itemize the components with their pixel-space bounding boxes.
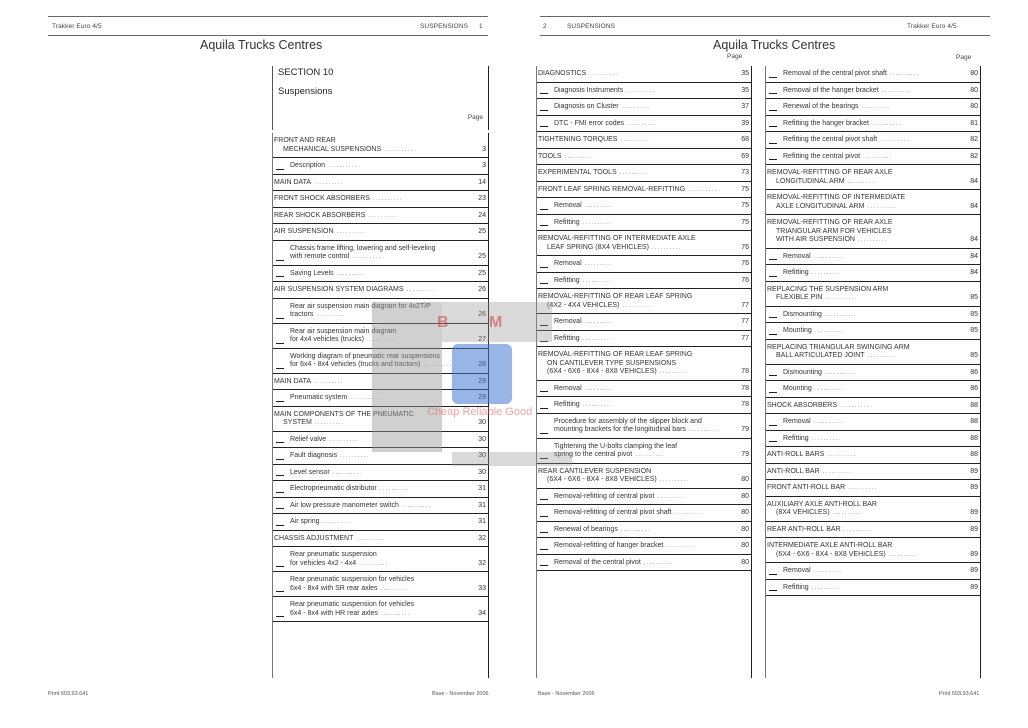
toc-entry-page: 80 — [741, 559, 749, 568]
dash-bullet-icon — [769, 392, 777, 393]
right-page: 2 SUSPENSIONS Trakker Euro 4/5 Aquila Tr… — [514, 0, 1028, 728]
toc-entry-page: 80 — [970, 103, 978, 112]
toc-entry-page: 79 — [741, 426, 749, 435]
toc-entry-page: 23 — [478, 195, 486, 204]
toc-entry-page: 14 — [478, 179, 486, 188]
toc-entry-title: REMOVAL-REFITTING OF INTERMEDIATEAXLE LO… — [767, 194, 980, 211]
toc-entry-title: Refitting the hanger bracket .......... — [783, 120, 980, 129]
toc-entry[interactable]: INTERMEDIATE AXLE ANTI-ROLL BAR(6X4 - 6X… — [766, 538, 980, 563]
toc-entry-page: 82 — [970, 153, 978, 162]
dash-bullet-icon — [540, 565, 548, 566]
dash-bullet-icon — [276, 616, 284, 617]
toc-entry-page: 84 — [970, 203, 978, 212]
toc-entry[interactable]: Fault diagnosis ..........30 — [273, 448, 488, 465]
toc-entry[interactable]: Removal of the central pivot ..........8… — [537, 555, 751, 572]
toc-entry-title: Mounting .......... — [783, 327, 980, 336]
dash-bullet-icon — [769, 259, 777, 260]
toc-entry-page: 73 — [741, 169, 749, 178]
toc-entry[interactable]: REMOVAL-REFITTING OF INTERMEDIATEAXLE LO… — [766, 190, 980, 215]
toc-entry-page: 35 — [741, 70, 749, 79]
dash-bullet-icon — [540, 458, 548, 459]
toc-entry[interactable]: Removal ..........78 — [537, 381, 751, 398]
section-name: Suspensions — [278, 86, 332, 97]
toc-entry-page: 88 — [970, 418, 978, 427]
toc-entry-page: 80 — [741, 526, 749, 535]
toc-entry-page: 78 — [741, 368, 749, 377]
toc-entry-title: Rear air suspension main diagramfor 4x4 … — [290, 328, 488, 345]
toc-entry[interactable]: Refitting the central pivot ..........82 — [766, 149, 980, 166]
toc-entry-page: 75 — [741, 202, 749, 211]
toc-entry[interactable]: REMOVAL-REFITTING OF REAR AXLETRIANGULAR… — [766, 215, 980, 249]
toc-entry-title: REMOVAL-REFITTING OF REAR LEAF SPRINGON … — [538, 351, 751, 377]
toc-entry-page: 30 — [478, 436, 486, 445]
toc-entry[interactable]: Removal ..........88 — [766, 414, 980, 431]
toc-entry[interactable]: Removal of the central pivot shaft .....… — [766, 66, 980, 83]
toc-entry[interactable]: FRONT AND REARMECHANICAL SUSPENSIONS ...… — [273, 133, 488, 158]
dash-bullet-icon — [769, 93, 777, 94]
toc-entry[interactable]: Pneumatic system ..........29 — [273, 390, 488, 407]
toc-entry[interactable]: AIR SUSPENSION SYSTEM DIAGRAMS .........… — [273, 282, 488, 299]
toc-entry[interactable]: Working diagram of pneumatic rear suspen… — [273, 349, 488, 374]
toc-entry-title: Removal-refitting of hanger bracket ....… — [554, 542, 751, 551]
dash-bullet-icon — [276, 475, 284, 476]
toc-entry-title: Renewal of bearings .......... — [554, 526, 751, 535]
toc-entry-title: CHASSIS ADJUSTMENT .......... — [274, 535, 488, 544]
toc-entry-title: REPLACING THE SUSPENSION ARMFLEXIBLE PIN… — [767, 286, 980, 303]
dash-bullet-icon — [540, 516, 548, 517]
toc-entry-title: Pneumatic system .......... — [290, 394, 488, 403]
toc-entry[interactable]: Description ..........3 — [273, 158, 488, 175]
toc-entry-title: Refitting .......... — [554, 335, 751, 344]
dash-bullet-icon — [276, 566, 284, 567]
toc-entry[interactable]: ANTI-ROLL BAR ..........89 — [766, 464, 980, 481]
toc-entry-page: 24 — [478, 212, 486, 221]
toc-entry-page: 78 — [741, 401, 749, 410]
toc-entry-page: 77 — [741, 335, 749, 344]
toc-column: DIAGNOSTICS ..........35Diagnosis Instru… — [536, 66, 752, 678]
toc-entry-title: SHOCK ABSORBERS .......... — [767, 402, 980, 411]
toc-entry[interactable]: REPLACING TRIANGULAR SWINGING ARMBALL AR… — [766, 340, 980, 365]
dash-bullet-icon — [276, 492, 284, 493]
toc-entry[interactable]: Rear pneumatic suspension for vehicles6x… — [273, 597, 488, 622]
toc-entry-page: 89 — [970, 526, 978, 535]
toc-entry-page: 69 — [741, 153, 749, 162]
toc-entry-title: Rear pneumatic suspensionfor vehicles 4x… — [290, 551, 488, 568]
toc-entry-page: 89 — [970, 484, 978, 493]
header-doc-title: Trakker Euro 4/5 — [52, 23, 102, 30]
dash-bullet-icon — [540, 549, 548, 550]
toc-entry[interactable]: Refitting ..........75 — [537, 215, 751, 232]
toc-entry-title: Saving Levels .......... — [290, 270, 488, 279]
toc-entry-title: Refitting .......... — [554, 277, 751, 286]
toc-entry[interactable]: REAR SHOCK ABSORBERS ..........24 — [273, 208, 488, 225]
toc-entry-title: DIAGNOSTICS .......... — [538, 70, 751, 79]
toc-entry-title: FRONT ANTI-ROLL BAR .......... — [767, 484, 980, 493]
toc-entry-title: Refitting .......... — [554, 219, 751, 228]
footer-edition: Base - November 2006 — [538, 691, 595, 697]
dash-bullet-icon — [540, 93, 548, 94]
toc-entry-title: Removal .......... — [554, 385, 751, 394]
toc-entry-page: 80 — [970, 70, 978, 79]
dash-bullet-icon — [769, 126, 777, 127]
toc-entry-page: 85 — [970, 294, 978, 303]
toc-entry[interactable]: MAIN COMPONENTS OF THE PNEUMATICSYSTEM .… — [273, 407, 488, 432]
toc-entry-title: Air low pressure manometer switch ......… — [290, 502, 488, 511]
toc-entry-page: 29 — [478, 394, 486, 403]
dash-bullet-icon — [540, 391, 548, 392]
section-heading-box: SECTION 10 Suspensions Page — [272, 66, 489, 130]
dash-bullet-icon — [769, 590, 777, 591]
toc-entry-page: 31 — [478, 518, 486, 527]
toc-entry-page: 32 — [478, 560, 486, 569]
toc-entry-page: 68 — [741, 136, 749, 145]
dash-bullet-icon — [276, 368, 284, 369]
toc-entry[interactable]: FRONT LEAF SPRING REMOVAL-REFITTING ....… — [537, 182, 751, 199]
toc-entry-page: 26 — [478, 286, 486, 295]
toc-entry[interactable]: Removal-refitting of central pivot .....… — [537, 489, 751, 506]
toc-entry-title: Renewal of the bearings .......... — [783, 103, 980, 112]
toc-entry[interactable]: REMOVAL-REFITTING OF REAR LEAF SPRING(4X… — [537, 289, 751, 314]
page-column-label: Page — [956, 54, 971, 61]
toc-entry-page: 85 — [970, 327, 978, 336]
toc-entry[interactable]: MAIN DATA ..........29 — [273, 374, 488, 391]
toc-entry-title: REMOVAL-REFITTING OF INTERMEDIATE AXLELE… — [538, 235, 751, 252]
toc-entry[interactable]: Renewal of bearings ..........80 — [537, 522, 751, 539]
dash-bullet-icon — [540, 267, 548, 268]
header-rule — [540, 16, 990, 17]
toc-entry-title: Removal-refitting of central pivot shaft… — [554, 509, 751, 518]
dash-bullet-icon — [540, 225, 548, 226]
toc-entry[interactable]: Rear air suspension main diagram for 4x2… — [273, 299, 488, 324]
dash-bullet-icon — [540, 499, 548, 500]
toc-entry-title: EXPERIMENTAL TOOLS .......... — [538, 169, 751, 178]
dash-bullet-icon — [769, 375, 777, 376]
toc-entry-title: ANTI-ROLL BAR .......... — [767, 468, 980, 477]
toc-entry[interactable]: FRONT SHOCK ABSORBERS ..........23 — [273, 191, 488, 208]
toc-entry-page: 76 — [741, 260, 749, 269]
toc-entry[interactable]: REAR CANTILEVER SUSPENSION(6X4 - 6X6 - 8… — [537, 464, 751, 489]
toc-entry[interactable]: Procedure for assembly of the slipper bl… — [537, 414, 751, 439]
toc-entry[interactable]: Diagnosis Instruments ..........35 — [537, 83, 751, 100]
toc-entry-title: Removal .......... — [554, 318, 751, 327]
dash-bullet-icon — [769, 574, 777, 575]
toc-entry-title: TOOLS .......... — [538, 153, 751, 162]
toc-entry-page: 86 — [970, 385, 978, 394]
toc-entry-page: 35 — [741, 87, 749, 96]
toc-entry-page: 37 — [741, 103, 749, 112]
toc-entry[interactable]: Removal of the hanger bracket ..........… — [766, 83, 980, 100]
dash-bullet-icon — [540, 283, 548, 284]
toc-entry[interactable]: Saving Levels ..........25 — [273, 266, 488, 283]
toc-entry-title: Removal of the hanger bracket .......... — [783, 87, 980, 96]
toc-entry-page: 80 — [970, 87, 978, 96]
toc-entry-page: 76 — [741, 244, 749, 253]
toc-entry[interactable]: Removal ..........75 — [537, 198, 751, 215]
toc-entry[interactable]: Refitting ..........84 — [766, 265, 980, 282]
toc-entry-title: FRONT AND REARMECHANICAL SUSPENSIONS ...… — [274, 137, 488, 154]
toc-entry[interactable]: REMOVAL-REFITTING OF REAR LEAF SPRINGON … — [537, 347, 751, 381]
toc-entry-title: INTERMEDIATE AXLE ANTI-ROLL BAR(6X4 - 6X… — [767, 542, 980, 559]
toc-entry-title: DTC - FMI error codes .......... — [554, 120, 751, 129]
toc-entry[interactable]: Refitting the central pivot shaft ......… — [766, 132, 980, 149]
toc-entry[interactable]: Removal ..........77 — [537, 314, 751, 331]
toc-entry-page: 30 — [478, 469, 486, 478]
toc-entry-page: 88 — [970, 435, 978, 444]
toc-entry-title: Level sensor .......... — [290, 469, 488, 478]
toc-entry-page: 3 — [482, 146, 486, 155]
toc-entry[interactable]: Removal-refitting of central pivot shaft… — [537, 505, 751, 522]
dash-bullet-icon — [540, 126, 548, 127]
toc-entry[interactable]: Refitting ..........77 — [537, 331, 751, 348]
toc-entry-page: 34 — [478, 610, 486, 619]
toc-entry[interactable]: Rear air suspension main diagramfor 4x4 … — [273, 324, 488, 349]
toc-entry[interactable]: Electropneumatic distributor ..........3… — [273, 481, 488, 498]
dash-bullet-icon — [769, 143, 777, 144]
toc-entry-title: Dismounting .......... — [783, 369, 980, 378]
toc-entry-page: 85 — [970, 352, 978, 361]
toc-entry-page: 81 — [970, 120, 978, 129]
toc-entry[interactable]: Refitting ..........88 — [766, 431, 980, 448]
toc-entry-title: Removal-refitting of central pivot .....… — [554, 493, 751, 502]
toc-entry-title: REMOVAL-REFITTING OF REAR AXLETRIANGULAR… — [767, 219, 980, 245]
toc-entry-page: 75 — [741, 219, 749, 228]
toc-entry[interactable]: Renewal of the bearings ..........80 — [766, 99, 980, 116]
dash-bullet-icon — [276, 343, 284, 344]
toc-entry-page: 89 — [970, 468, 978, 477]
toc-entry[interactable]: TIGHTENING TORQUES ..........68 — [537, 132, 751, 149]
dash-bullet-icon — [276, 260, 284, 261]
dash-bullet-icon — [276, 508, 284, 509]
dash-bullet-icon — [276, 318, 284, 319]
toc-entry-title: Removal .......... — [783, 253, 980, 262]
toc-entry[interactable]: Removal-refitting of hanger bracket ....… — [537, 538, 751, 555]
toc-entry[interactable]: CHASSIS ADJUSTMENT ..........32 — [273, 531, 488, 548]
toc-entry-title: Air spring .......... — [290, 518, 488, 527]
toc-entry[interactable]: Refitting the hanger bracket ..........8… — [766, 116, 980, 133]
toc-entry-page: 84 — [970, 178, 978, 187]
toc-entry-title: Diagnosis on Cluster .......... — [554, 103, 751, 112]
toc-entry-title: Refitting the central pivot shaft ......… — [783, 136, 980, 145]
toc-entry-title: REAR CANTILEVER SUSPENSION(6X4 - 6X6 - 8… — [538, 468, 751, 485]
toc-entry[interactable]: Removal ..........84 — [766, 249, 980, 266]
brand-title: Aquila Trucks Centres — [200, 38, 322, 52]
header-page-number: 1 — [479, 23, 483, 30]
header-rule — [48, 16, 488, 17]
toc-entry-page: 75 — [741, 186, 749, 195]
toc-entry-title: Fault diagnosis .......... — [290, 452, 488, 461]
header-section: SUSPENSIONS — [567, 23, 615, 30]
toc-entry[interactable]: Chassis frame lifting, lowering and self… — [273, 241, 488, 266]
toc-entry-page: 77 — [741, 318, 749, 327]
toc-entry-title: Chassis frame lifting, lowering and self… — [290, 245, 488, 262]
dash-bullet-icon — [769, 159, 777, 160]
toc-entry-title: Working diagram of pneumatic rear suspen… — [290, 353, 488, 370]
toc-entry-page: 84 — [970, 236, 978, 245]
toc-entry-page: 88 — [970, 402, 978, 411]
header-section: SUSPENSIONS — [420, 23, 468, 30]
toc-entry-title: AIR SUSPENSION .......... — [274, 228, 488, 237]
toc-entry[interactable]: ANTI-ROLL BARS ..........88 — [766, 447, 980, 464]
toc-entry-page: 80 — [741, 509, 749, 518]
toc-entry-page: 89 — [970, 509, 978, 518]
dash-bullet-icon — [276, 459, 284, 460]
toc-entry-title: Removal .......... — [554, 202, 751, 211]
toc-entry-page: 28 — [478, 361, 486, 370]
toc-entry[interactable]: DTC - FMI error codes ..........39 — [537, 116, 751, 133]
toc-column: FRONT AND REARMECHANICAL SUSPENSIONS ...… — [272, 133, 489, 678]
toc-entry-page: 31 — [478, 502, 486, 511]
toc-entry-title: TIGHTENING TORQUES .......... — [538, 136, 751, 145]
toc-entry[interactable]: Rear pneumatic suspension for vehicles6x… — [273, 572, 488, 597]
left-page: Trakker Euro 4/5 SUSPENSIONS 1 Aquila Tr… — [0, 0, 514, 728]
toc-entry-page: 29 — [478, 378, 486, 387]
toc-entry[interactable]: Air low pressure manometer switch ......… — [273, 498, 488, 515]
toc-entry-page: 30 — [478, 452, 486, 461]
brand-title: Aquila Trucks Centres — [713, 38, 835, 52]
toc-entry[interactable]: Refitting ..........89 — [766, 580, 980, 597]
toc-entry-title: Description .......... — [290, 162, 488, 171]
toc-entry-page: 79 — [741, 451, 749, 460]
toc-entry[interactable]: Dismounting ..........85 — [766, 307, 980, 324]
toc-entry-title: REPLACING TRIANGULAR SWINGING ARMBALL AR… — [767, 344, 980, 361]
toc-entry-page: 89 — [970, 567, 978, 576]
dash-bullet-icon — [276, 591, 284, 592]
dash-bullet-icon — [769, 425, 777, 426]
header-rule — [48, 35, 488, 36]
toc-entry-page: 84 — [970, 269, 978, 278]
toc-entry-page: 32 — [478, 535, 486, 544]
dash-bullet-icon — [540, 209, 548, 210]
toc-entry-page: 80 — [741, 493, 749, 502]
toc-entry-page: 80 — [741, 476, 749, 485]
toc-entry-title: Relief valve .......... — [290, 436, 488, 445]
toc-entry-title: Diagnosis Instruments .......... — [554, 87, 751, 96]
toc-entry[interactable]: Diagnosis on Cluster ..........37 — [537, 99, 751, 116]
toc-entry-page: 88 — [970, 451, 978, 460]
dash-bullet-icon — [276, 525, 284, 526]
dash-bullet-icon — [769, 317, 777, 318]
toc-entry[interactable]: Removal ..........89 — [766, 563, 980, 580]
footer-edition: Base - November 2006 — [432, 691, 489, 697]
toc-entry-page: 25 — [478, 228, 486, 237]
toc-entry-title: Rear pneumatic suspension for vehicles6x… — [290, 601, 488, 618]
toc-entry-title: MAIN DATA .......... — [274, 179, 488, 188]
toc-entry-page: 76 — [741, 277, 749, 286]
toc-entry-title: Refitting .......... — [783, 584, 980, 593]
toc-entry[interactable]: REMOVAL-REFITTING OF INTERMEDIATE AXLELE… — [537, 231, 751, 256]
toc-entry-page: 27 — [478, 336, 486, 345]
toc-entry-page: 89 — [970, 584, 978, 593]
toc-entry[interactable]: Refitting ..........76 — [537, 273, 751, 290]
dash-bullet-icon — [769, 334, 777, 335]
toc-entry-title: Dismounting .......... — [783, 311, 980, 320]
toc-entry[interactable]: MAIN DATA ..........14 — [273, 175, 488, 192]
dash-bullet-icon — [540, 433, 548, 434]
dash-bullet-icon — [276, 401, 284, 402]
toc-entry[interactable]: DIAGNOSTICS ..........35 — [537, 66, 751, 83]
dash-bullet-icon — [769, 77, 777, 78]
toc-entry-page: 82 — [970, 136, 978, 145]
header-doc-title: Trakker Euro 4/5 — [907, 23, 957, 30]
dash-bullet-icon — [540, 408, 548, 409]
toc-entry-title: REAR ANTI-ROLL BAR .......... — [767, 526, 980, 535]
toc-entry-title: MAIN DATA .......... — [274, 378, 488, 387]
toc-entry-page: 25 — [478, 270, 486, 279]
page-column-label: Page — [468, 114, 483, 121]
toc-entry-title: Refitting the central pivot .......... — [783, 153, 980, 162]
dash-bullet-icon — [276, 169, 284, 170]
toc-entry-page: 89 — [970, 551, 978, 560]
toc-entry-page: 33 — [478, 585, 486, 594]
toc-entry-title: REMOVAL-REFITTING OF REAR LEAF SPRING(4X… — [538, 293, 751, 310]
toc-entry-page: 31 — [478, 485, 486, 494]
toc-entry-title: ANTI-ROLL BARS .......... — [767, 451, 980, 460]
toc-entry-title: Removal .......... — [783, 567, 980, 576]
toc-entry-title: Mounting .......... — [783, 385, 980, 394]
dash-bullet-icon — [540, 325, 548, 326]
toc-entry-title: Removal .......... — [554, 260, 751, 269]
toc-entry-title: REMOVAL-REFITTING OF REAR AXLELONGITUDIN… — [767, 169, 980, 186]
toc-entry[interactable]: Level sensor ..........30 — [273, 465, 488, 482]
toc-entry-page: 85 — [970, 311, 978, 320]
toc-entry[interactable]: Refitting ..........78 — [537, 397, 751, 414]
toc-entry[interactable]: EXPERIMENTAL TOOLS ..........73 — [537, 165, 751, 182]
dash-bullet-icon — [769, 276, 777, 277]
toc-entry-title: Tightening the U-bolts clamping the leaf… — [554, 443, 751, 460]
header-page-number: 2 — [543, 23, 547, 30]
toc-entry[interactable]: Mounting ..........85 — [766, 323, 980, 340]
section-label: SECTION 10 — [278, 67, 333, 78]
toc-entry-title: AIR SUSPENSION SYSTEM DIAGRAMS .........… — [274, 286, 488, 295]
toc-entry[interactable]: Tightening the U-bolts clamping the leaf… — [537, 439, 751, 464]
toc-entry-title: Rear air suspension main diagram for 4x2… — [290, 303, 488, 320]
toc-entry[interactable]: Mounting ..........86 — [766, 381, 980, 398]
toc-entry[interactable]: AIR SUSPENSION ..........25 — [273, 224, 488, 241]
toc-entry-page: 78 — [741, 385, 749, 394]
toc-entry[interactable]: Removal ..........76 — [537, 256, 751, 273]
toc-entry[interactable]: REPLACING THE SUSPENSION ARMFLEXIBLE PIN… — [766, 282, 980, 307]
dash-bullet-icon — [276, 442, 284, 443]
toc-entry-title: Removal .......... — [783, 418, 980, 427]
dash-bullet-icon — [769, 110, 777, 111]
toc-entry[interactable]: REAR ANTI-ROLL BAR ..........89 — [766, 522, 980, 539]
toc-entry-title: Electropneumatic distributor .......... — [290, 485, 488, 494]
toc-entry-title: Refitting .......... — [783, 269, 980, 278]
toc-entry[interactable]: Relief valve ..........30 — [273, 432, 488, 449]
dash-bullet-icon — [769, 441, 777, 442]
dash-bullet-icon — [276, 276, 284, 277]
toc-entry[interactable]: Rear pneumatic suspensionfor vehicles 4x… — [273, 547, 488, 572]
toc-entry-title: REAR SHOCK ABSORBERS .......... — [274, 212, 488, 221]
toc-entry-page: 80 — [741, 542, 749, 551]
toc-entry-title: Refitting .......... — [783, 435, 980, 444]
toc-column: Removal of the central pivot shaft .....… — [765, 66, 981, 678]
toc-entry[interactable]: SHOCK ABSORBERS ..........88 — [766, 398, 980, 415]
footer-print-number: Print 603.93.641 — [939, 691, 979, 697]
toc-entry[interactable]: Dismounting ..........86 — [766, 365, 980, 382]
toc-entry-page: 77 — [741, 302, 749, 311]
toc-entry[interactable]: Air spring ..........31 — [273, 514, 488, 531]
toc-entry[interactable]: REMOVAL-REFITTING OF REAR AXLELONGITUDIN… — [766, 165, 980, 190]
toc-entry[interactable]: FRONT ANTI-ROLL BAR ..........89 — [766, 480, 980, 497]
dash-bullet-icon — [540, 532, 548, 533]
toc-entry[interactable]: AUXILIARY AXLE ANTI-ROLL BAR(8X4 VEHICLE… — [766, 497, 980, 522]
toc-entry-page: 39 — [741, 120, 749, 129]
toc-entry[interactable]: TOOLS ..........69 — [537, 149, 751, 166]
toc-entry-title: Rear pneumatic suspension for vehicles6x… — [290, 576, 488, 593]
toc-entry-title: AUXILIARY AXLE ANTI-ROLL BAR(8X4 VEHICLE… — [767, 501, 980, 518]
toc-entry-title: FRONT SHOCK ABSORBERS .......... — [274, 195, 488, 204]
